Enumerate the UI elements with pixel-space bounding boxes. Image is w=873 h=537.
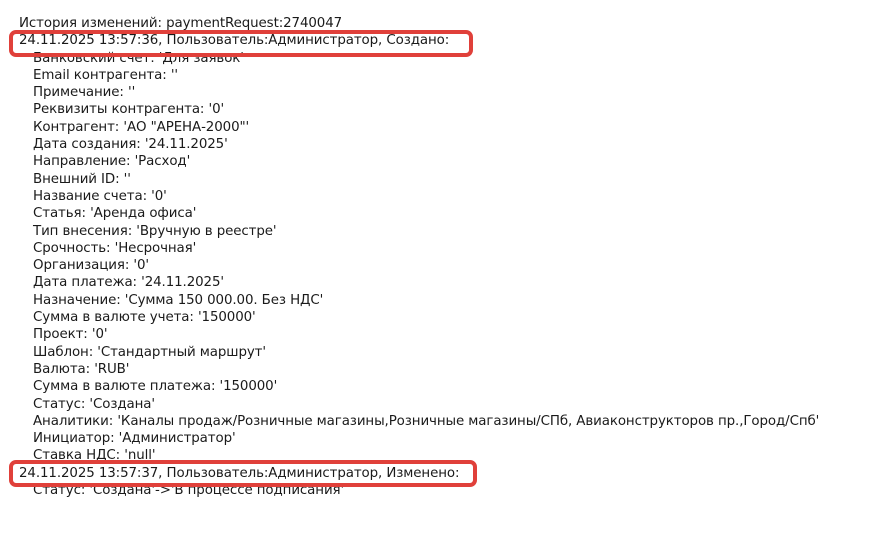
entry-field: Инициатор: 'Администратор' (19, 430, 819, 447)
entry-field: Внешний ID: '' (19, 171, 819, 188)
entry-header: 24.11.2025 13:57:36, Пользователь:Админи… (19, 32, 819, 49)
entry-field: Шаблон: 'Стандартный маршрут' (19, 344, 819, 361)
entry-field: Аналитики: 'Каналы продаж/Розничные мага… (19, 413, 819, 430)
history-entry-created: 24.11.2025 13:57:36, Пользователь:Админи… (19, 32, 819, 464)
entry-field: Название счета: '0' (19, 188, 819, 205)
entry-field: Статья: 'Аренда офиса' (19, 205, 819, 222)
entry-field: Направление: 'Расход' (19, 153, 819, 170)
entry-field: Проект: '0' (19, 326, 819, 343)
change-history: История изменений: paymentRequest:274004… (19, 15, 819, 499)
entry-field: Дата создания: '24.11.2025' (19, 136, 819, 153)
entry-field: Срочность: 'Несрочная' (19, 240, 819, 257)
entry-field: Организация: '0' (19, 257, 819, 274)
entry-field: Сумма в валюте платежа: '150000' (19, 378, 819, 395)
entry-field: Валюта: 'RUB' (19, 361, 819, 378)
entry-header: 24.11.2025 13:57:37, Пользователь:Админи… (19, 465, 819, 482)
entry-field: Тип внесения: 'Вручную в реестре' (19, 223, 819, 240)
entry-field: Реквизиты контрагента: '0' (19, 101, 819, 118)
history-entry-changed: 24.11.2025 13:57:37, Пользователь:Админи… (19, 465, 819, 500)
entry-field: Ставка НДС: 'null' (19, 447, 819, 464)
entry-field: Статус: 'Создана'->'В процессе подписани… (19, 482, 819, 499)
entry-field: Дата платежа: '24.11.2025' (19, 274, 819, 291)
entry-field: Банковский счет: 'Для заявок' (19, 50, 819, 67)
entry-field: Email контрагента: '' (19, 67, 819, 84)
entry-field: Сумма в валюте учета: '150000' (19, 309, 819, 326)
entry-field: Контрагент: 'АО "АРЕНА-2000"' (19, 119, 819, 136)
entry-field: Назначение: 'Сумма 150 000.00. Без НДС' (19, 292, 819, 309)
history-title: История изменений: paymentRequest:274004… (19, 15, 819, 32)
entry-field: Статус: 'Создана' (19, 396, 819, 413)
entry-field: Примечание: '' (19, 84, 819, 101)
